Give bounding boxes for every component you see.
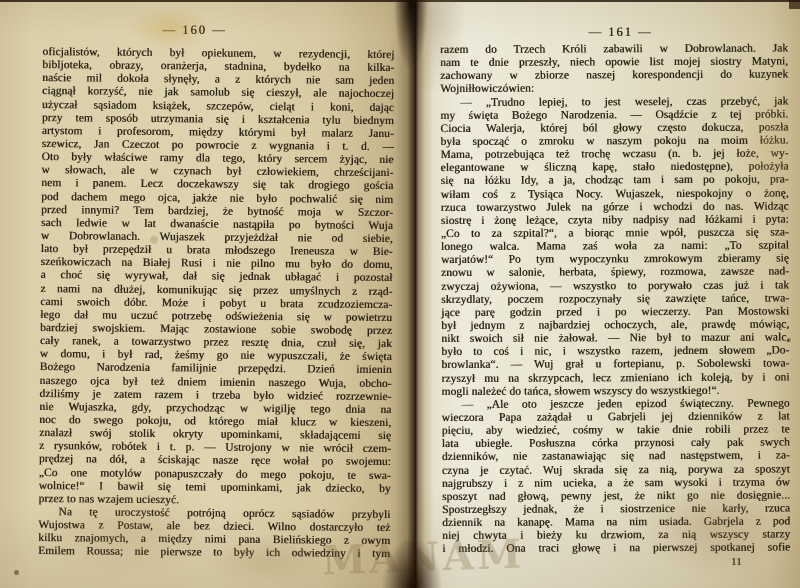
text-line: rzyszył mu na skrzypcach, lecz zmieniano… xyxy=(441,371,789,386)
gutter-top-shadow xyxy=(394,0,428,70)
text-line: zwyczaj ożywiona, — wszystko to porywało… xyxy=(441,279,789,294)
text-line: zachowany w zbiorze naszej korespondencj… xyxy=(440,69,788,84)
text-block-left: oficjalistów, których był opiekunem, w r… xyxy=(38,46,394,562)
top-edge-shadow xyxy=(0,0,800,2)
text-line: najgrubszy i z nim ucieka, a że sam wyso… xyxy=(442,476,790,491)
text-line: dzienników, nie zastanawiając się nad na… xyxy=(442,450,790,465)
text-line: wiłam coś z Tysiąca Nocy. Wujaszek, nies… xyxy=(441,187,789,202)
page-number-right: — 161 — xyxy=(427,25,800,40)
text-line: skrzydlaty, poczem rozpoczynały się zawz… xyxy=(441,292,789,307)
text-line: znowu w salonie, herbata, śpiewy, rozmow… xyxy=(441,266,789,281)
sheet-signature: 11 xyxy=(731,556,742,568)
text-line: i młodzi. Ona traci głowę i na pierwszej… xyxy=(442,542,790,557)
gutter-bottom-shadow xyxy=(382,538,442,588)
text-line: Emilem Roussa; nie pierwsze to były ich … xyxy=(38,545,390,561)
gutter-shadow xyxy=(396,0,436,588)
text-line: się na łóżku Idy, a ja, chodząc tam i sa… xyxy=(441,174,789,189)
text-line: rzuca towarzystwo Julek na górze i wchod… xyxy=(441,200,789,215)
text-line: browlanka“. — Wuj grał u fortepianu, p. … xyxy=(441,358,789,373)
page-right: — 161 — razem do Trzech Króli zabawili w… xyxy=(413,0,800,588)
page-number-left: — 160 — xyxy=(0,23,401,38)
page-left: — 160 — oficjalistów, których był opieku… xyxy=(0,0,413,588)
text-block-right: razem do Trzech Króli zabawili w Dobrowl… xyxy=(440,42,790,556)
text-line: my święta Bożego Narodzenia. — Osądźcie … xyxy=(440,108,788,123)
text-line: — „Trudno lepiej, to jest weselej, czas … xyxy=(440,95,788,110)
text-line: czyna je czytać. Wuj skrada się za nią, … xyxy=(442,463,790,478)
book-scan: — 160 — oficjalistów, których był opieku… xyxy=(0,0,800,588)
